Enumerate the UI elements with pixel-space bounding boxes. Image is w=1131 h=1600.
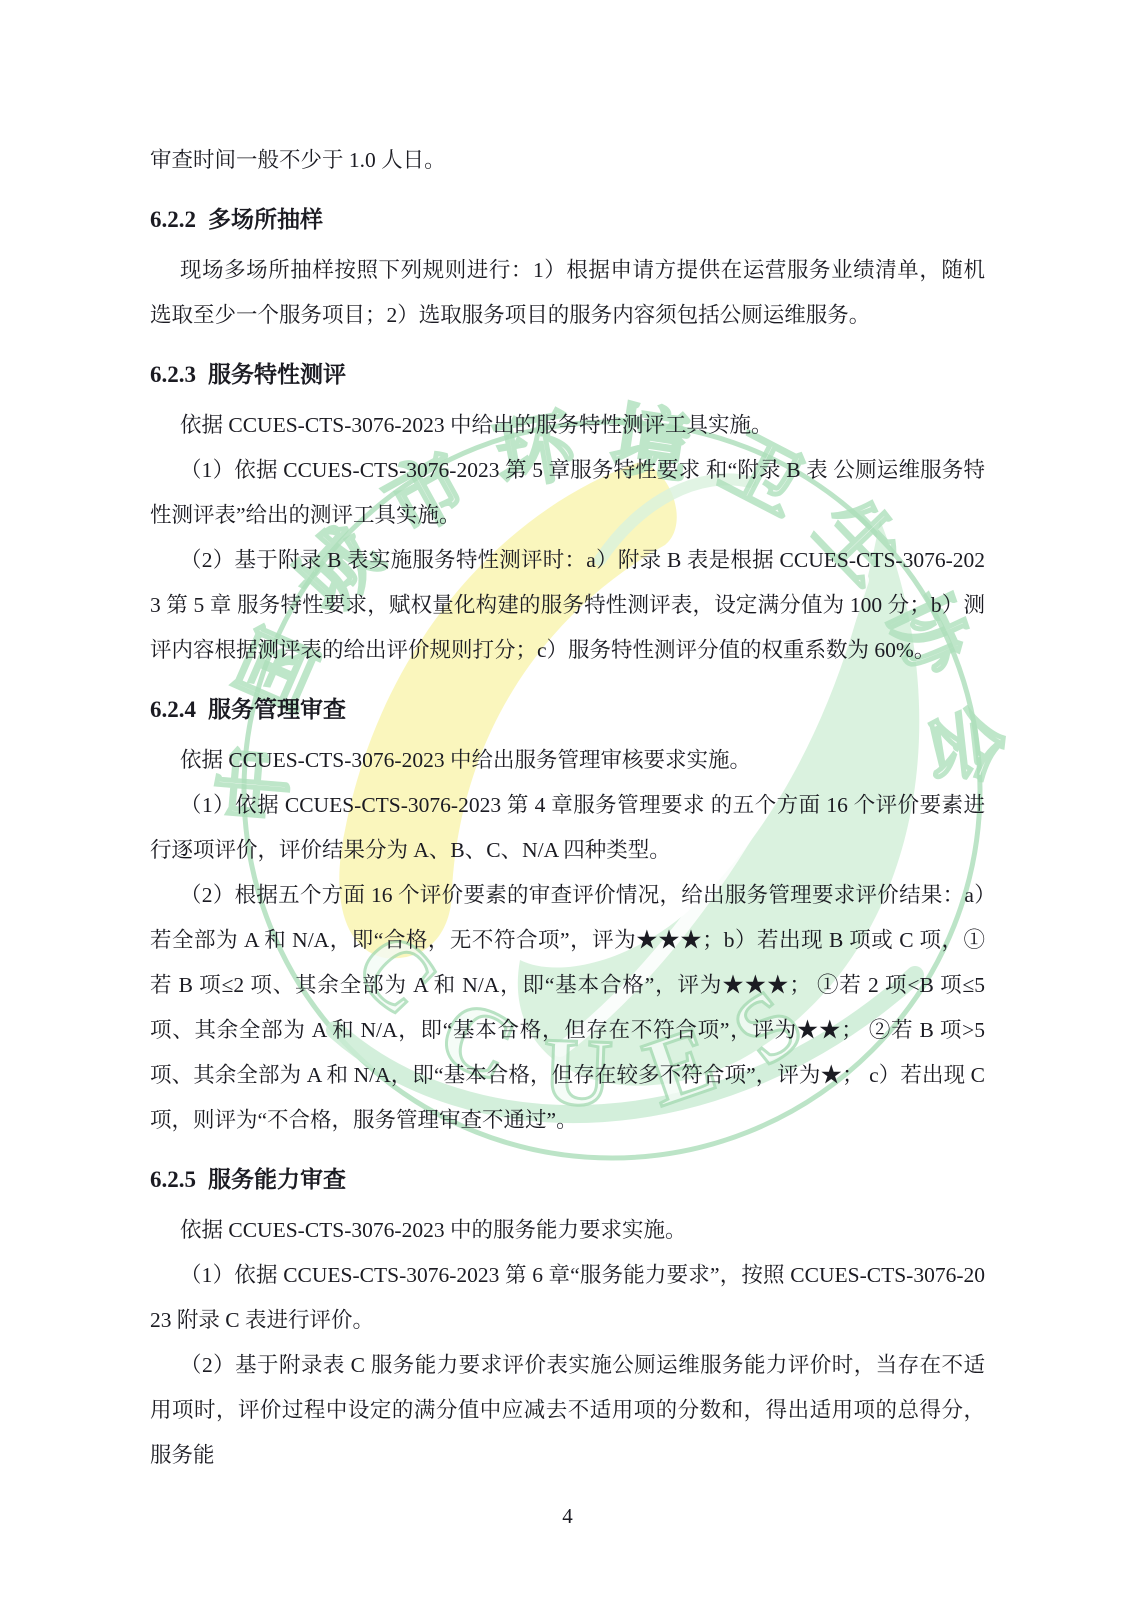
section-heading-6-2-5: 6.2.5服务能力审查 bbox=[150, 1157, 985, 1202]
paragraph: 依据 CCUES-CTS-3076-2023 中给出服务管理审核要求实施。 bbox=[150, 738, 985, 783]
section-number: 6.2.3 bbox=[150, 362, 196, 387]
section-heading-6-2-3: 6.2.3服务特性测评 bbox=[150, 352, 985, 397]
paragraph: （2）基于附录 B 表实施服务特性测评时：a）附录 B 表是根据 CCUES-C… bbox=[150, 538, 985, 673]
section-number: 6.2.2 bbox=[150, 207, 196, 232]
section-title: 多场所抽样 bbox=[208, 206, 323, 232]
page-number: 4 bbox=[562, 1494, 573, 1538]
paragraph: 依据 CCUES-CTS-3076-2023 中给出的服务特性测评工具实施。 bbox=[150, 403, 985, 448]
page-content: 审查时间一般不少于 1.0 人日。 6.2.2多场所抽样 现场多场所抽样按照下列… bbox=[150, 138, 985, 1538]
section-heading-6-2-2: 6.2.2多场所抽样 bbox=[150, 197, 985, 242]
section-heading-6-2-4: 6.2.4服务管理审查 bbox=[150, 687, 985, 732]
paragraph: （1）依据 CCUES-CTS-3076-2023 第 6 章“服务能力要求”，… bbox=[150, 1253, 985, 1343]
section-number: 6.2.5 bbox=[150, 1167, 196, 1192]
paragraph: （1）依据 CCUES-CTS-3076-2023 第 4 章服务管理要求 的五… bbox=[150, 783, 985, 873]
document-page: 中国城市环境卫生协会 CCUES 审查时间一般不少于 1.0 人日。 6.2.2… bbox=[0, 0, 1131, 1600]
section-number: 6.2.4 bbox=[150, 697, 196, 722]
section-title: 服务管理审查 bbox=[208, 696, 346, 722]
intro-paragraph: 审查时间一般不少于 1.0 人日。 bbox=[150, 138, 985, 183]
paragraph: （2）基于附录表 C 服务能力要求评价表实施公厕运维服务能力评价时，当存在不适用… bbox=[150, 1343, 985, 1478]
section-title: 服务特性测评 bbox=[208, 361, 346, 387]
page-footer: 4 bbox=[150, 1494, 985, 1538]
paragraph: （2）根据五个方面 16 个评价要素的审查评价情况，给出服务管理要求评价结果：a… bbox=[150, 873, 985, 1143]
paragraph: 现场多场所抽样按照下列规则进行：1）根据申请方提供在运营服务业绩清单，随机选取至… bbox=[150, 248, 985, 338]
section-title: 服务能力审查 bbox=[208, 1166, 346, 1192]
paragraph: （1）依据 CCUES-CTS-3076-2023 第 5 章服务特性要求 和“… bbox=[150, 448, 985, 538]
paragraph: 依据 CCUES-CTS-3076-2023 中的服务能力要求实施。 bbox=[150, 1208, 985, 1253]
